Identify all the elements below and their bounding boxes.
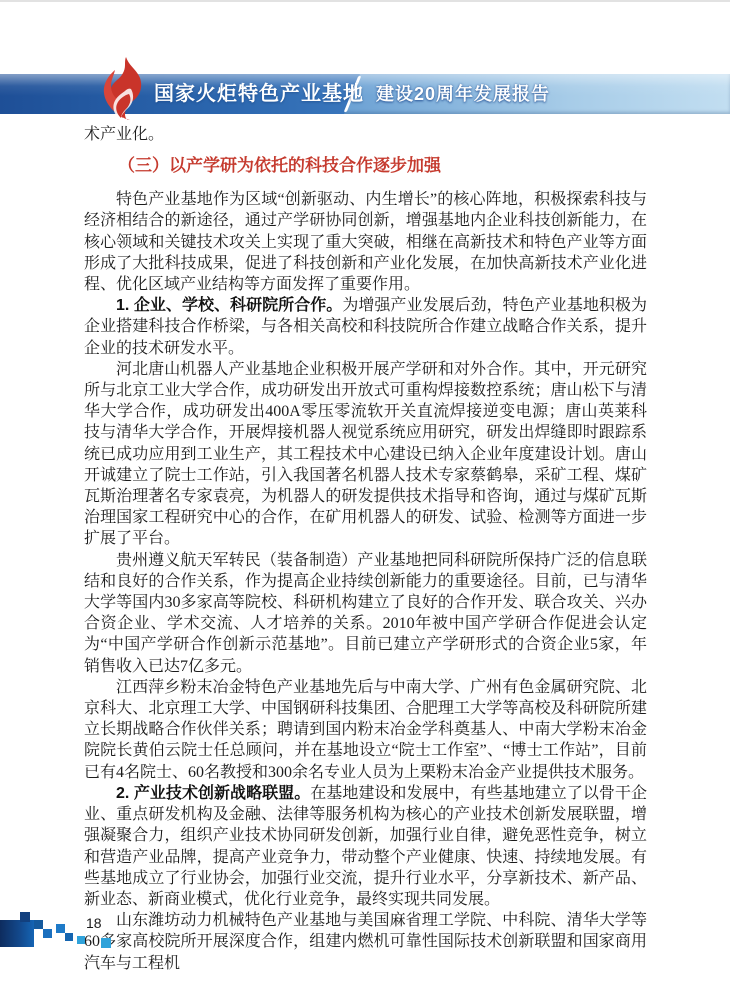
header-title-secondary: 建设20周年发展报告 bbox=[376, 74, 550, 114]
pixel-square bbox=[65, 933, 73, 941]
page-number: 18 bbox=[86, 915, 102, 931]
pixel-square bbox=[77, 936, 85, 944]
header-title-primary: 国家火炬特色产业基地 bbox=[154, 74, 364, 114]
paragraph-text: 山东潍坊动力机械特色产业基地与美国麻省理工学院、中科院、清华大学等60多家高校院… bbox=[84, 912, 647, 971]
body-text: 术产业化。 （三）以产学研为依托的科技合作逐步加强 特色产业基地作为区域“创新驱… bbox=[84, 124, 647, 974]
torch-icon bbox=[100, 56, 148, 120]
pixel-square bbox=[56, 924, 65, 933]
paragraph: 河北唐山机器人产业基地企业积极开展产学研和对外合作。其中，开元研究所与北京工业大… bbox=[84, 359, 647, 550]
paragraph-text: 江西萍乡粉末冶金特色产业基地先后与中南大学、广州有色金属研究院、北京科大、北京理… bbox=[84, 679, 647, 781]
document-page: 国家火炬特色产业基地 建设20周年发展报告 术产业化。 （三）以产学研为依托的科… bbox=[0, 0, 730, 984]
continuation-line: 术产业化。 bbox=[84, 124, 647, 145]
paragraph-text: 河北唐山机器人产业基地企业积极开展产学研和对外合作。其中，开元研究所与北京工业大… bbox=[84, 361, 647, 548]
pixel-square bbox=[101, 938, 111, 948]
run-in-heading: 1. 企业、学校、科研院所合作。 bbox=[116, 297, 342, 314]
pixel-square bbox=[34, 920, 43, 929]
page-top-edge bbox=[0, 0, 730, 2]
paragraph: 山东潍坊动力机械特色产业基地与美国麻省理工学院、中科院、清华大学等60多家高校院… bbox=[84, 910, 647, 974]
paragraph: 特色产业基地作为区域“创新驱动、内生增长”的核心阵地，积极探索科技与经济相结合的… bbox=[84, 189, 647, 295]
section-heading: （三）以产学研为依托的科技合作逐步加强 bbox=[84, 155, 647, 177]
paragraphs-container: 特色产业基地作为区域“创新驱动、内生增长”的核心阵地，积极探索科技与经济相结合的… bbox=[84, 189, 647, 974]
run-in-heading: 2. 产业技术创新战略联盟。 bbox=[116, 785, 310, 802]
paragraph-text: 在基地建设和发展中，有些基地建立了以骨干企业、重点研发机构及金融、法律等服务机构… bbox=[84, 785, 647, 908]
pixel-square bbox=[43, 929, 52, 938]
paragraph: 贵州遵义航天军转民（装备制造）产业基地把同科研院所保持广泛的信息联结和良好的合作… bbox=[84, 550, 647, 677]
paragraph: 1. 企业、学校、科研院所合作。为增强产业发展后劲，特色产业基地积极为企业搭建科… bbox=[84, 295, 647, 359]
pixel-block-large bbox=[0, 920, 34, 947]
paragraph-text: 贵州遵义航天军转民（装备制造）产业基地把同科研院所保持广泛的信息联结和良好的合作… bbox=[84, 552, 647, 675]
paragraph: 江西萍乡粉末冶金特色产业基地先后与中南大学、广州有色金属研究院、北京科大、北京理… bbox=[84, 677, 647, 783]
paragraph-text: 特色产业基地作为区域“创新驱动、内生增长”的核心阵地，积极探索科技与经济相结合的… bbox=[84, 191, 647, 293]
pixel-square bbox=[20, 912, 30, 922]
paragraph: 2. 产业技术创新战略联盟。在基地建设和发展中，有些基地建立了以骨干企业、重点研… bbox=[84, 783, 647, 910]
